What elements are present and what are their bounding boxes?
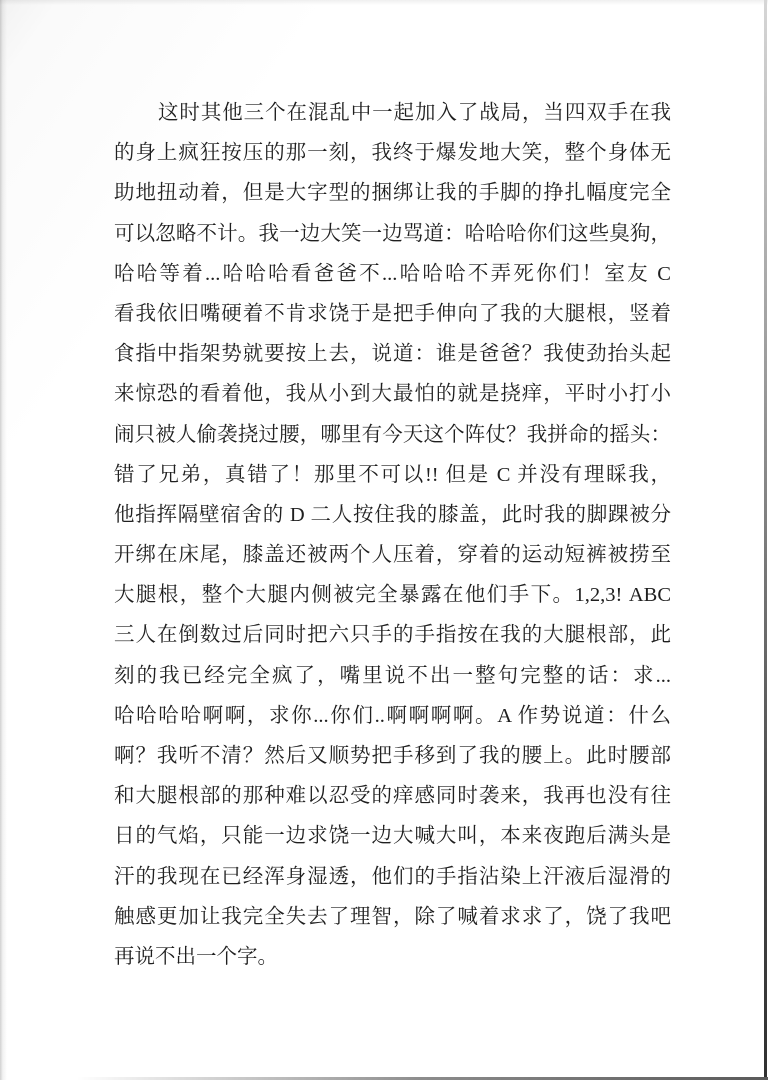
text-line: 再说不出一个字。 [114, 937, 671, 977]
text-line: 错了兄弟，真错了！那里不可以!! 但是 C 并没有理睬我， [114, 455, 671, 495]
text-line: 和大腿根部的那种难以忍受的痒感同时袭来，我再也没有往 [114, 776, 671, 816]
text-line: 可以忽略不计。我一边大笑一边骂道：哈哈哈你们这些臭狗， [114, 214, 671, 254]
text-line: 的身上疯狂按压的那一刻，我终于爆发地大笑，整个身体无 [114, 133, 671, 173]
scan-right-edge-line [764, 0, 767, 1080]
text-line: 哈哈哈哈啊啊，求你...你们..啊啊啊啊。A 作势说道：什么 [114, 696, 671, 736]
text-line: 助地扭动着，但是大字型的捆绑让我的手脚的挣扎幅度完全 [114, 173, 671, 213]
screenshot-root: { "page": { "kind": "scanned-text-page",… [0, 0, 768, 1080]
text-line: 这时其他三个在混乱中一起加入了战局，当四双手在我 [114, 93, 671, 133]
scanned-page: 这时其他三个在混乱中一起加入了战局，当四双手在我的身上疯狂按压的那一刻，我终于爆… [0, 0, 768, 1080]
text-line: 日的气焰，只能一边求饶一边大喊大叫，本来夜跑后满头是 [114, 816, 671, 856]
text-line: 大腿根，整个大腿内侧被完全暴露在他们手下。1,2,3! ABC [114, 575, 671, 615]
text-line: 刻的我已经完全疯了，嘴里说不出一整句完整的话：求... [114, 656, 671, 696]
page-left-shading [0, 0, 7, 1080]
text-line: 来惊恐的看着他，我从小到大最怕的就是挠痒，平时小打小 [114, 374, 671, 414]
text-line: 触感更加让我完全失去了理智，除了喊着求求了，饶了我吧 [114, 897, 671, 937]
text-line: 食指中指架势就要按上去，说道：谁是爸爸？我使劲抬头起 [114, 334, 671, 374]
text-line: 看我依旧嘴硬着不肯求饶于是把手伸向了我的大腿根，竖着 [114, 294, 671, 334]
text-line: 哈哈等着...哈哈哈看爸爸不...哈哈哈不弄死你们！室友 C [114, 254, 671, 294]
document-text: 这时其他三个在混乱中一起加入了战局，当四双手在我的身上疯狂按压的那一刻，我终于爆… [114, 93, 671, 977]
text-line: 啊？我听不清？然后又顺势把手移到了我的腰上。此时腰部 [114, 736, 671, 776]
page-top-shading [0, 0, 768, 5]
text-line: 开绑在床尾，膝盖还被两个人压着，穿着的运动短裤被捞至 [114, 535, 671, 575]
text-line: 三人在倒数过后同时把六只手的手指按在我的大腿根部，此 [114, 615, 671, 655]
text-line: 闹只被人偷袭挠过腰，哪里有今天这个阵仗？我拼命的摇头： [114, 415, 671, 455]
text-line: 他指挥隔壁宿舍的 D 二人按住我的膝盖，此时我的脚踝被分 [114, 495, 671, 535]
text-line: 汗的我现在已经浑身湿透，他们的手指沾染上汗液后湿滑的 [114, 857, 671, 897]
